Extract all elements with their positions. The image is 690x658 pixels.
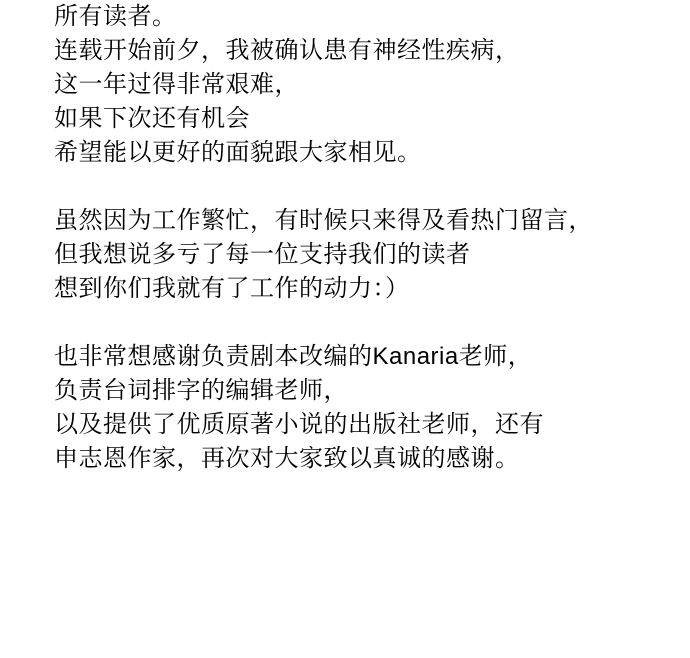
text-line: 想到你们我就有了工作的动力：） xyxy=(54,272,670,306)
text-line: 以及提供了优质原著小说的出版社老师，还有 xyxy=(54,408,670,442)
text-line: 希望能以更好的面貌跟大家相见。 xyxy=(54,136,670,170)
paragraph-3: 也非常想感谢负责剧本改编的Kanaria老师， 负责台词排字的编辑老师， 以及提… xyxy=(54,340,670,476)
text-line: 负责台词排字的编辑老师， xyxy=(54,374,670,408)
text-line: 虽然因为工作繁忙，有时候只来得及看热门留言， xyxy=(54,204,670,238)
text-line: 但我想说多亏了每一位支持我们的读者 xyxy=(54,238,670,272)
text-line: 连载开始前夕，我被确认患有神经性疾病， xyxy=(54,34,670,68)
paragraph-2: 虽然因为工作繁忙，有时候只来得及看热门留言， 但我想说多亏了每一位支持我们的读者… xyxy=(54,204,670,306)
paragraph-1: 所有读者。 连载开始前夕，我被确认患有神经性疾病， 这一年过得非常艰难， 如果下… xyxy=(54,0,670,170)
text-line: 如果下次还有机会 xyxy=(54,102,670,136)
text-line: 这一年过得非常艰难， xyxy=(54,68,670,102)
afterword-text-block: 所有读者。 连载开始前夕，我被确认患有神经性疾病， 这一年过得非常艰难， 如果下… xyxy=(54,0,670,476)
text-line: 也非常想感谢负责剧本改编的Kanaria老师， xyxy=(54,340,670,374)
afterword-page: 所有读者。 连载开始前夕，我被确认患有神经性疾病， 这一年过得非常艰难， 如果下… xyxy=(0,0,690,658)
text-line: 所有读者。 xyxy=(54,0,670,34)
text-line: 申志恩作家，再次对大家致以真诚的感谢。 xyxy=(54,442,670,476)
